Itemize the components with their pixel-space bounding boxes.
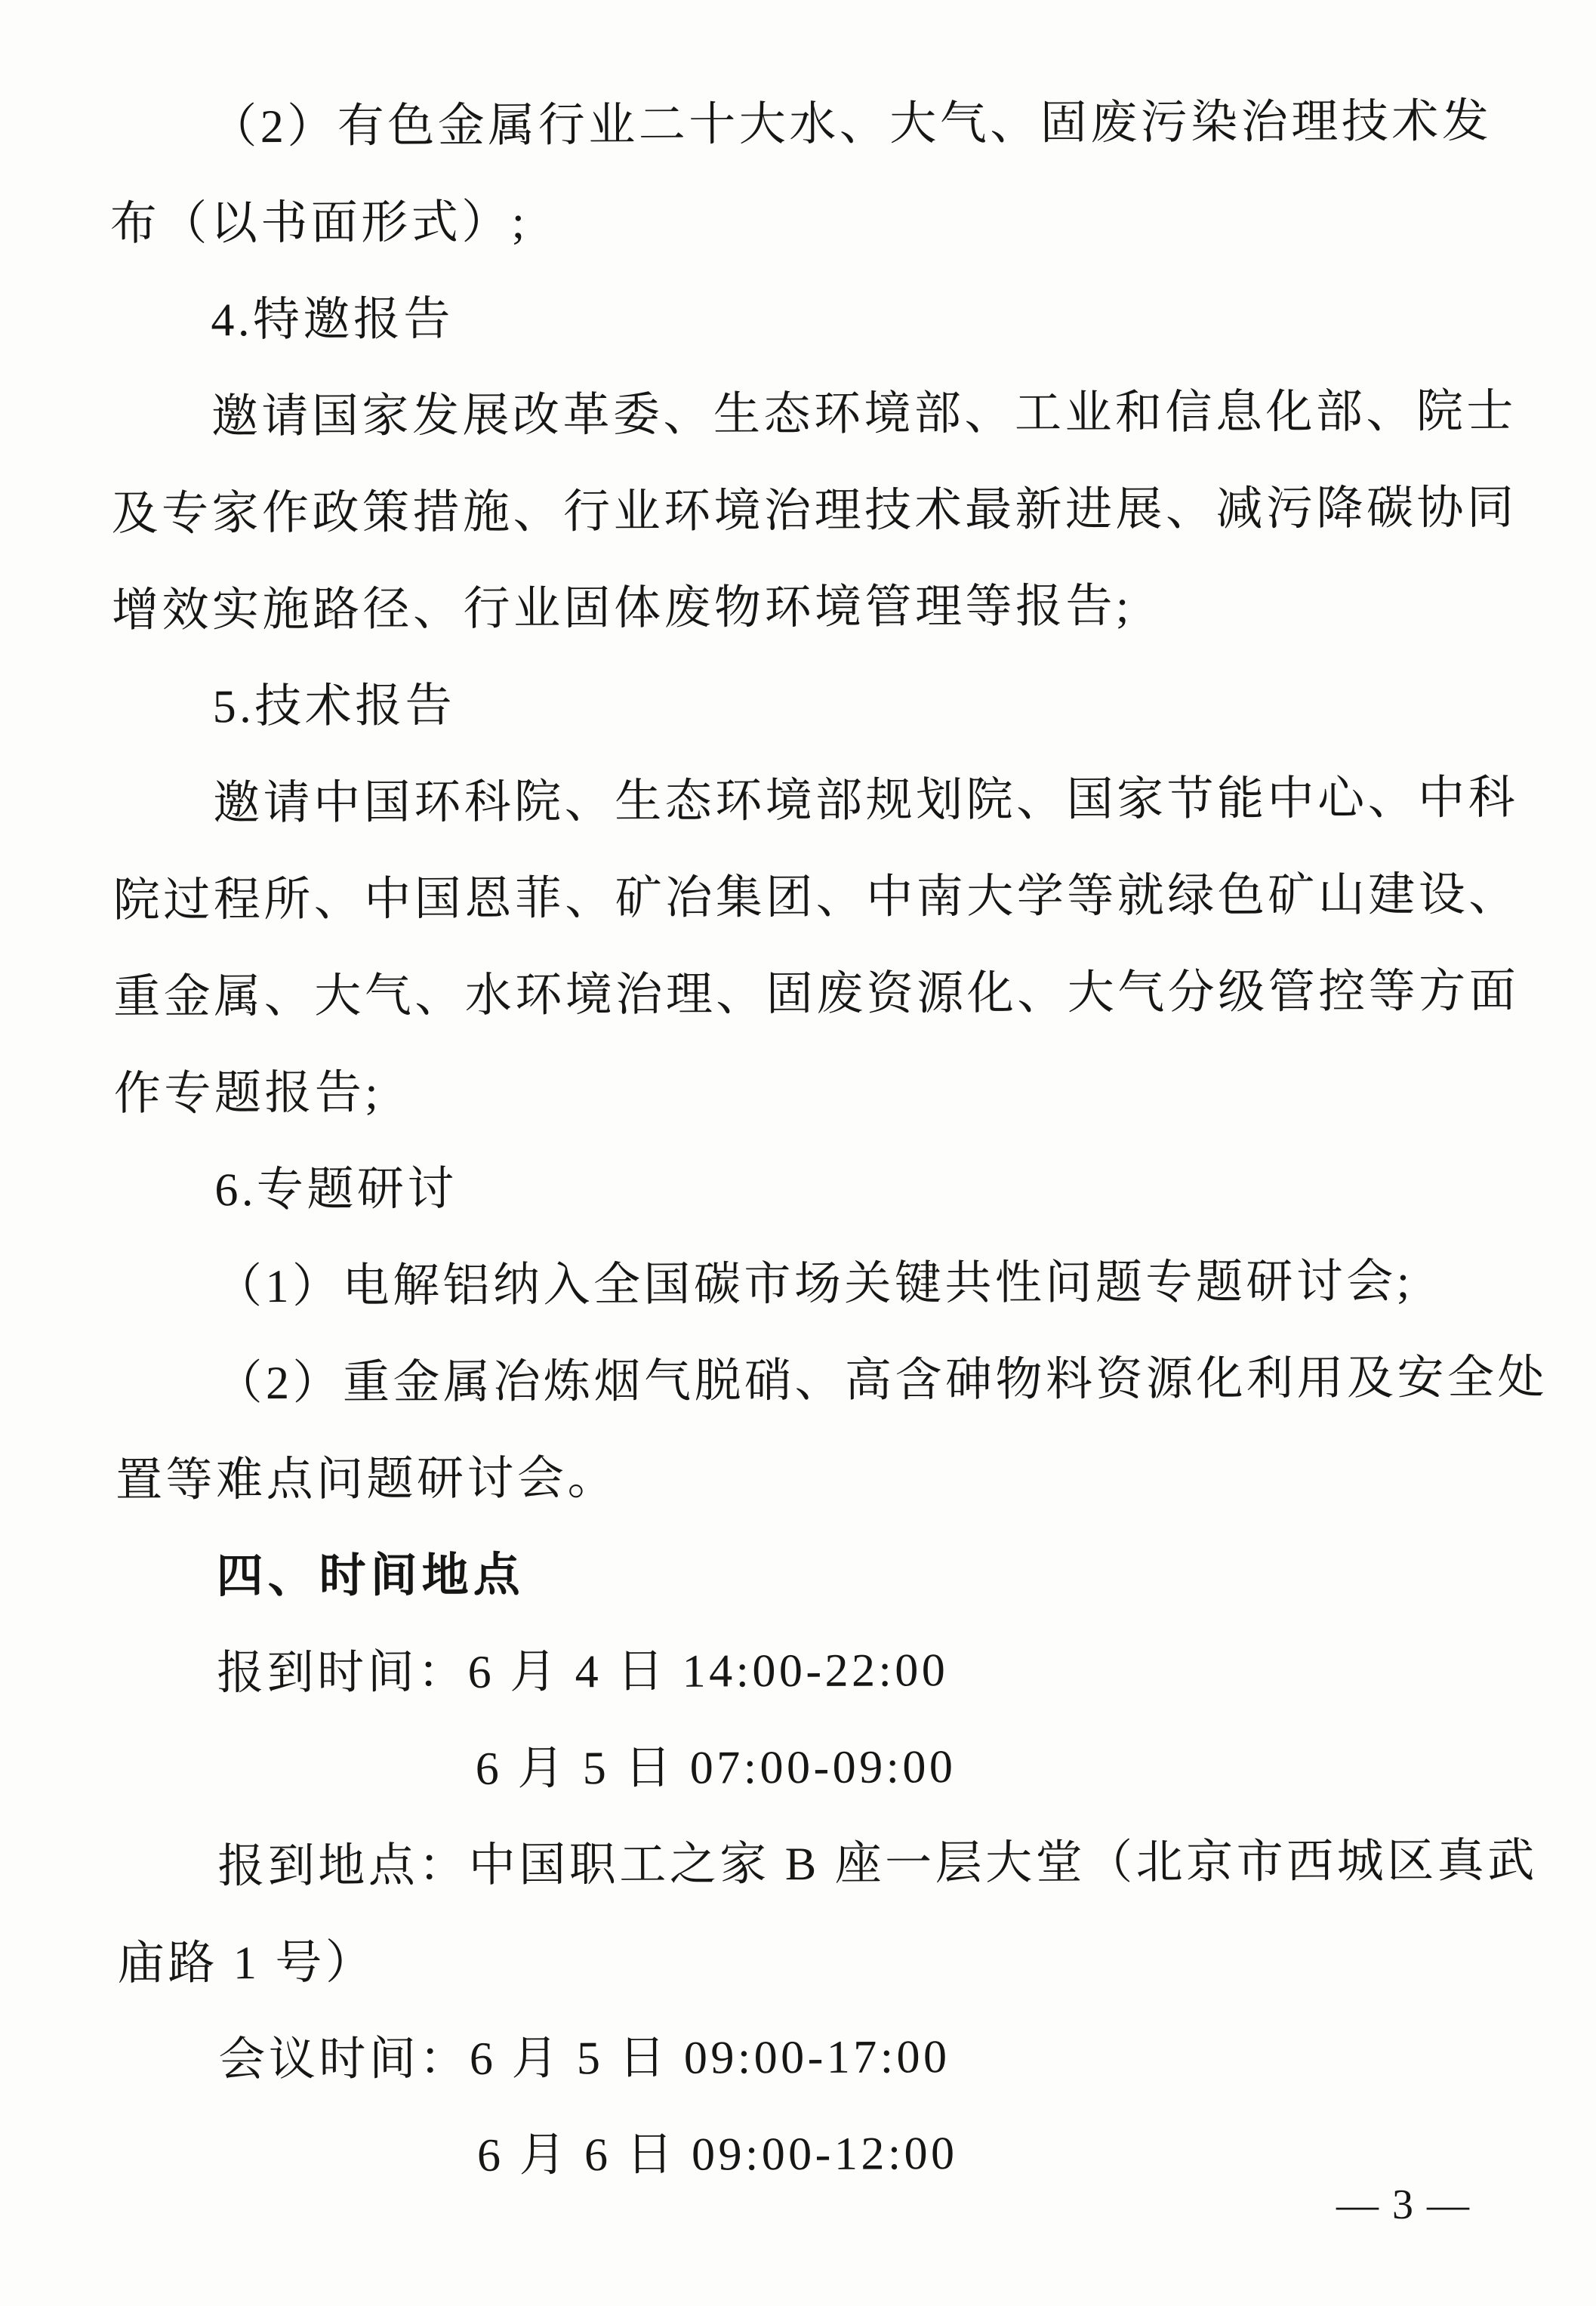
page-number: — 3 — [1336,2181,1471,2229]
doc-line: （2）重金属冶炼烟气脱硝、高含砷物料资源化利用及安全处 [115,1330,1554,1432]
doc-line: 布（以书面形式）; [110,170,1549,273]
doc-line: 邀请中国环科院、生态环境部规划院、国家节能中心、中科 [112,750,1551,852]
document-page: （2）有色金属行业二十大水、大气、固废污染治理技术发 布（以书面形式）; 4.特… [0,0,1596,2306]
doc-line-item-6-heading: 6.专题研讨 [114,1136,1553,1239]
doc-line-meeting-time: 会议时间：6 月 5 日 09:00-17:00 [118,2006,1557,2109]
doc-line: 庙路 1 号） [118,1910,1557,2012]
doc-line-item-4-heading: 4.特邀报告 [110,267,1549,369]
doc-line: 邀请国家发展改革委、生态环境部、工业和信息化部、院士 [111,363,1550,466]
section-heading-time-location: 四、时间地点 [116,1523,1554,1626]
doc-line: 作专题报告; [114,1040,1553,1142]
doc-line: 重金属、大气、水环境治理、固废资源化、大气分级管控等方面 [113,943,1552,1046]
doc-line-checkin-time: 报到时间：6 月 4 日 14:00-22:00 [116,1620,1555,1722]
doc-line: 及专家作政策措施、行业环境治理技术最新进展、减污降碳协同 [111,460,1550,563]
doc-line-checkin-place: 报到地点：中国职工之家 B 座一层大堂（北京市西城区真武 [117,1813,1556,1916]
doc-line: 置等难点问题研讨会。 [116,1426,1554,1529]
doc-line-item-5-heading: 5.技术报告 [112,653,1551,756]
doc-line: 增效实施路径、行业固体废物环境管理等报告; [112,556,1551,659]
doc-line-checkin-time-2: 6 月 5 日 07:00-09:00 [116,1716,1555,1819]
doc-line: （1）电解铝纳入全国碳市场关键共性问题专题研讨会; [115,1233,1554,1336]
doc-line: 院过程所、中国恩菲、矿冶集团、中南大学等就绿色矿山建设、 [112,846,1551,949]
doc-line: （2）有色金属行业二十大水、大气、固废污染治理技术发 [109,73,1548,176]
document-body: （2）有色金属行业二十大水、大气、固废污染治理技术发 布（以书面形式）; 4.特… [109,73,1557,2206]
